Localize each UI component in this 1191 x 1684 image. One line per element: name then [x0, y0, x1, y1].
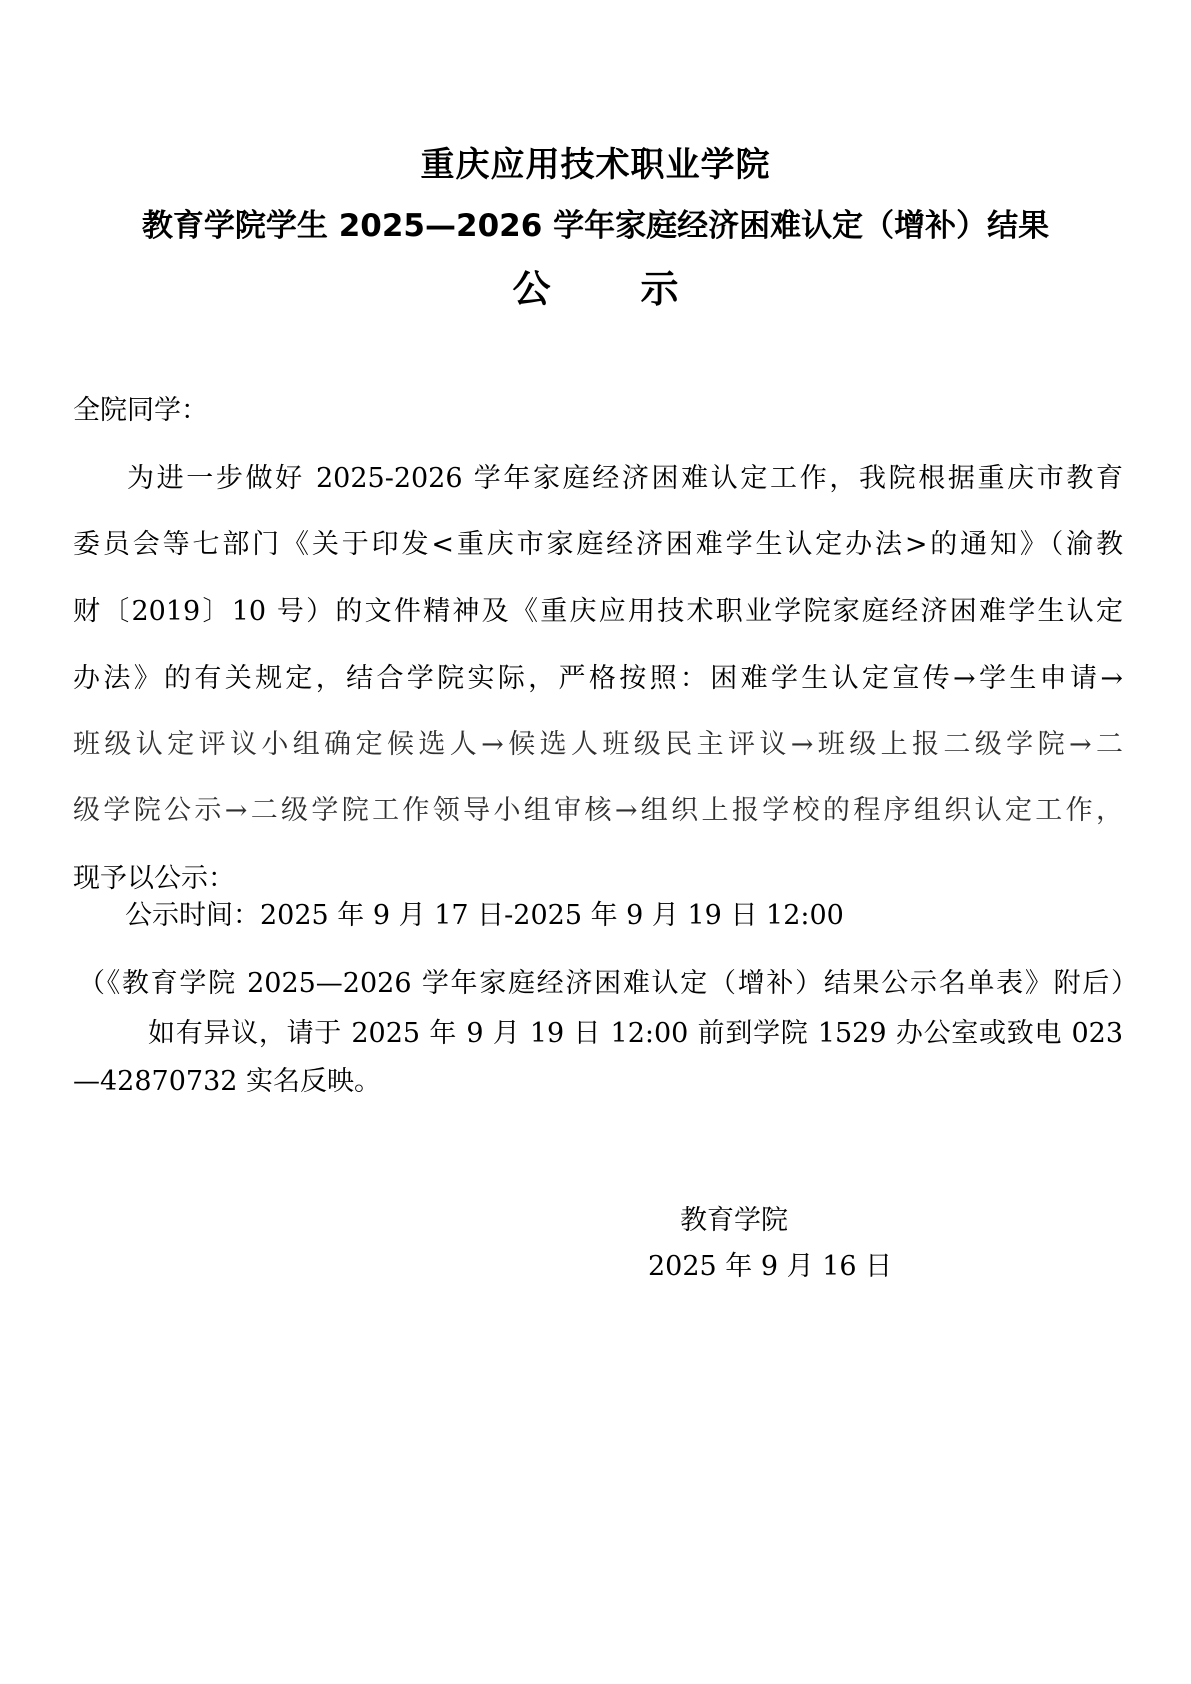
notice-heading: 公示 — [0, 270, 1191, 308]
notice-heading-char-2: 示 — [641, 267, 679, 311]
signature-date: 2025 年 9 月 16 日 — [648, 1253, 892, 1280]
notice-heading-char-1: 公 — [512, 267, 550, 311]
notice-subtitle: 教育学院学生 2025—2026 学年家庭经济困难认定（增补）结果 — [0, 211, 1191, 242]
objection-line-1: 如有异议，请于 2025 年 9 月 19 日 12:00 前到学院 1529 … — [148, 1020, 1123, 1047]
attachment-note: （《教育学院 2025—2026 学年家庭经济困难认定（增补）结果公示名单表》附… — [78, 970, 1138, 997]
salutation: 全院同学： — [73, 397, 1123, 424]
paragraph-line-7: 现予以公示： — [73, 865, 1123, 892]
signature-department: 教育学院 — [680, 1207, 788, 1234]
paragraph-line-4: 办法》的有关规定，结合学院实际，严格按照：困难学生认定宣传→学生申请→ — [73, 665, 1123, 692]
paragraph-line-3: 财〔2019〕10 号）的文件精神及《重庆应用技术职业学院家庭经济困难学生认定 — [73, 598, 1123, 625]
document-page: 重庆应用技术职业学院 教育学院学生 2025—2026 学年家庭经济困难认定（增… — [0, 0, 1191, 1684]
paragraph-line-5: 班级认定评议小组确定候选人→候选人班级民主评议→班级上报二级学院→二 — [73, 731, 1123, 758]
paragraph-line-6: 级学院公示→二级学院工作领导小组审核→组织上报学校的程序组织认定工作， — [73, 797, 1123, 824]
paragraph-line-2: 委员会等七部门《关于印发<重庆市家庭经济困难学生认定办法>的通知》（渝教 — [73, 531, 1123, 558]
publicity-period: 公示时间：2025 年 9 月 17 日-2025 年 9 月 19 日 12:… — [125, 902, 844, 929]
objection-line-2: —42870732 实名反映。 — [73, 1068, 1123, 1095]
paragraph-line-1: 为进一步做好 2025-2026 学年家庭经济困难认定工作，我院根据重庆市教育 — [73, 465, 1123, 492]
institution-title: 重庆应用技术职业学院 — [0, 148, 1191, 182]
